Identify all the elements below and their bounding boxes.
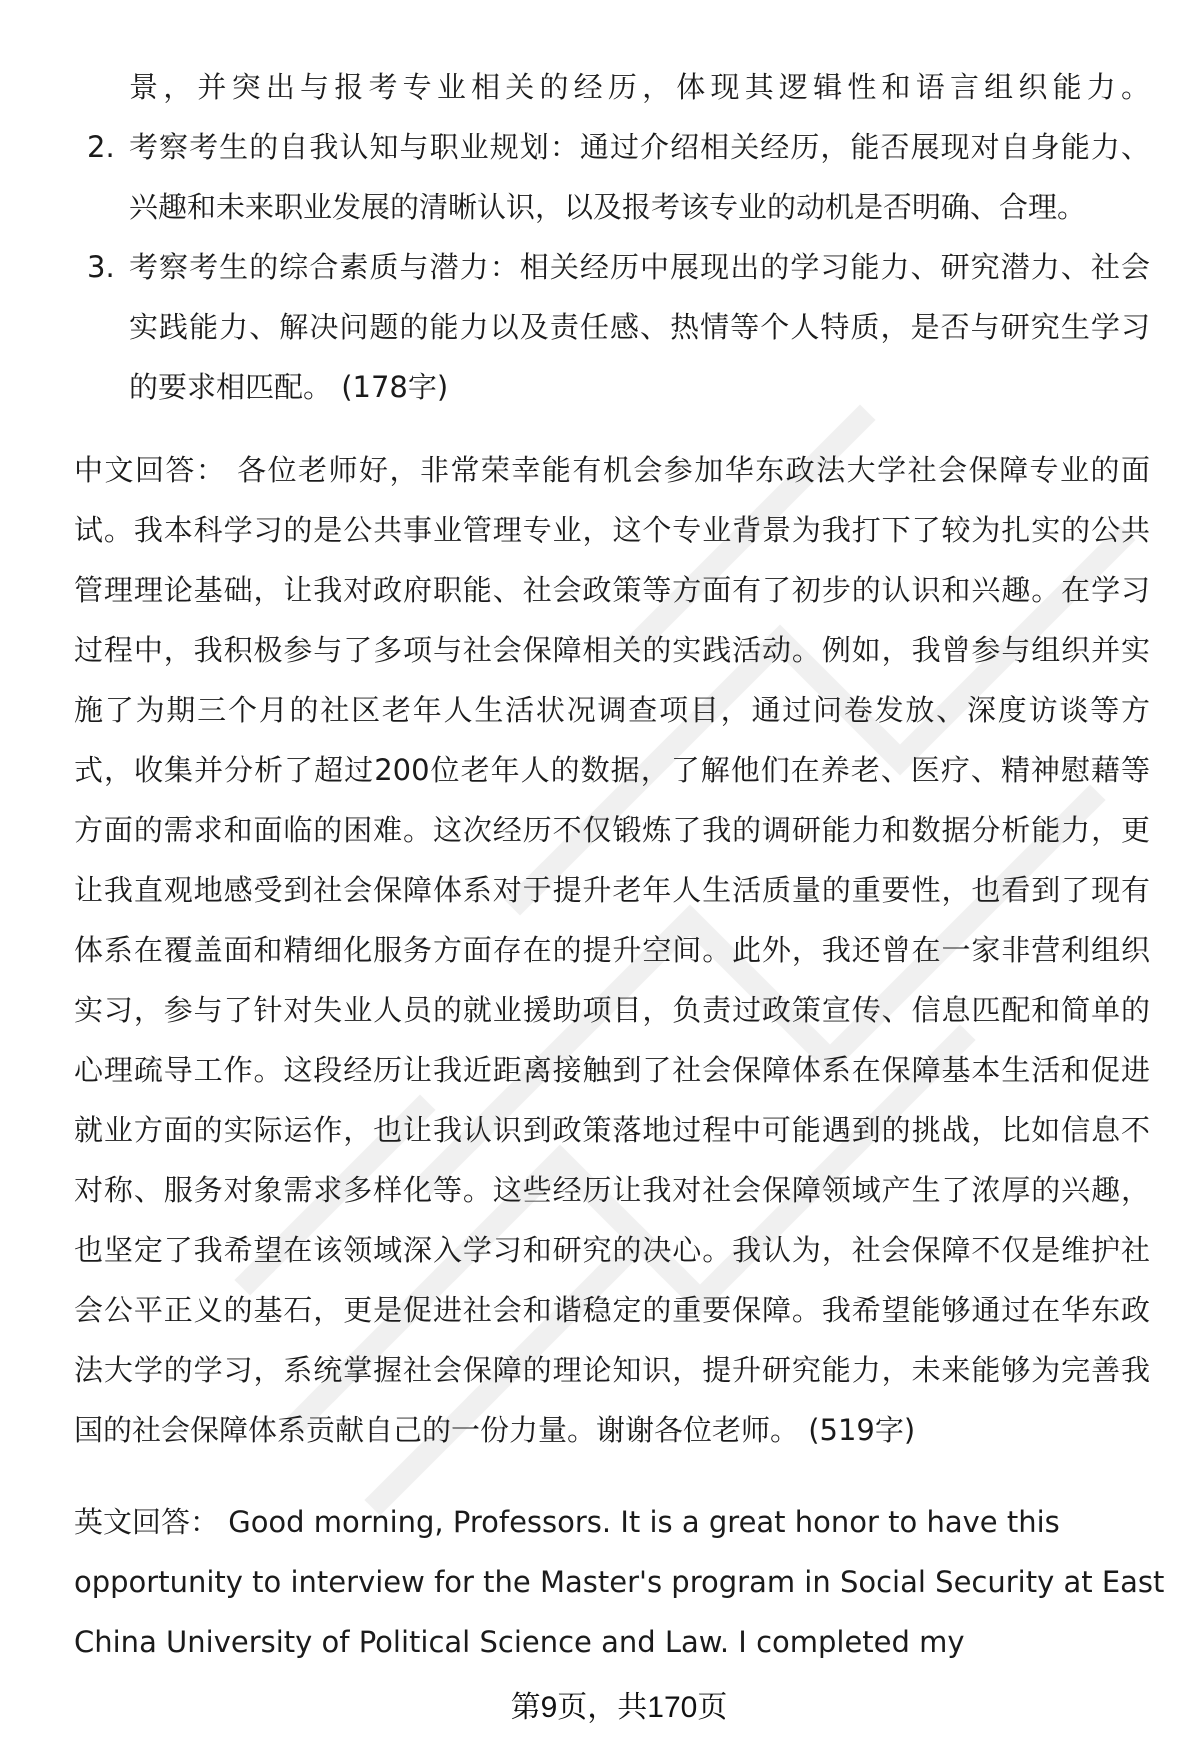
english-answer-line: 英文回答： Good morning, Professors. It is a … [74, 1492, 1150, 1552]
chinese-answer-line: 对称、服务对象需求多样化等。这些经历让我对社会保障领域产生了浓厚的兴趣， [74, 1160, 1150, 1220]
chinese-answer-line: 实习，参与了针对失业人员的就业援助项目，负责过政策宣传、信息匹配和简单的 [74, 980, 1150, 1040]
list-item-1-continuation: 景，并突出与报考专业相关的经历，体现其逻辑性和语言组织能力。 [129, 57, 1150, 117]
chinese-answer-line: 让我直观地感受到社会保障体系对于提升老年人生活质量的重要性，也看到了现有 [74, 860, 1150, 920]
page-indicator: 第9页，共170页 [0, 1682, 1200, 1734]
chinese-answer-line: 也坚定了我希望在该领域深入学习和研究的决心。我认为，社会保障不仅是维护社 [74, 1220, 1150, 1280]
chinese-answer-line: 心理疏导工作。这段经历让我近距离接触到了社会保障体系在保障基本生活和促进 [74, 1040, 1150, 1100]
list-item-2-line-1: 考察考生的自我认知与职业规划：通过介绍相关经历，能否展现对自身能力、 [129, 117, 1150, 177]
list-item-2-line-2: 兴趣和未来职业发展的清晰认识，以及报考该专业的动机是否明确、合理。 [129, 177, 1150, 237]
chinese-answer-line: 式，收集并分析了超过200位老年人的数据，了解他们在养老、医疗、精神慰藉等 [74, 740, 1150, 800]
chinese-answer-line: 方面的需求和面临的困难。这次经历不仅锻炼了我的调研能力和数据分析能力，更 [74, 800, 1150, 860]
chinese-answer-line: 管理理论基础，让我对政府职能、社会政策等方面有了初步的认识和兴趣。在学习 [74, 560, 1150, 620]
chinese-answer-line: 体系在覆盖面和精细化服务方面存在的提升空间。此外，我还曾在一家非营利组织 [74, 920, 1150, 980]
list-item-3-line-2: 实践能力、解决问题的能力以及责任感、热情等个人特质，是否与研究生学习 [129, 297, 1150, 357]
list-number-3: 3. [87, 237, 115, 297]
chinese-answer-line: 中文回答： 各位老师好，非常荣幸能有机会参加华东政法大学社会保障专业的面 [74, 440, 1150, 500]
chinese-answer-line: 法大学的学习，系统掌握社会保障的理论知识，提升研究能力，未来能够为完善我 [74, 1340, 1150, 1400]
chinese-answer-line: 施了为期三个月的社区老年人生活状况调查项目，通过问卷发放、深度访谈等方 [74, 680, 1150, 740]
english-answer-line: China University of Political Science an… [74, 1612, 1150, 1672]
list-item-3-line-3: 的要求相匹配。 (178字) [129, 357, 1150, 417]
list-number-2: 2. [87, 117, 115, 177]
chinese-answer-line: 试。我本科学习的是公共事业管理专业，这个专业背景为我打下了较为扎实的公共 [74, 500, 1150, 560]
list-item-3-line-1: 考察考生的综合素质与潜力：相关经历中展现出的学习能力、研究潜力、社会 [129, 237, 1150, 297]
chinese-answer-line: 就业方面的实际运作，也让我认识到政策落地过程中可能遇到的挑战，比如信息不 [74, 1100, 1150, 1160]
chinese-answer-line: 会公平正义的基石，更是促进社会和谐稳定的重要保障。我希望能够通过在华东政 [74, 1280, 1150, 1340]
chinese-answer-line: 国的社会保障体系贡献自己的一份力量。谢谢各位老师。 (519字) [74, 1400, 1150, 1460]
chinese-answer-line: 过程中，我积极参与了多项与社会保障相关的实践活动。例如，我曾参与组织并实 [74, 620, 1150, 680]
english-answer-line: opportunity to interview for the Master'… [74, 1552, 1150, 1612]
